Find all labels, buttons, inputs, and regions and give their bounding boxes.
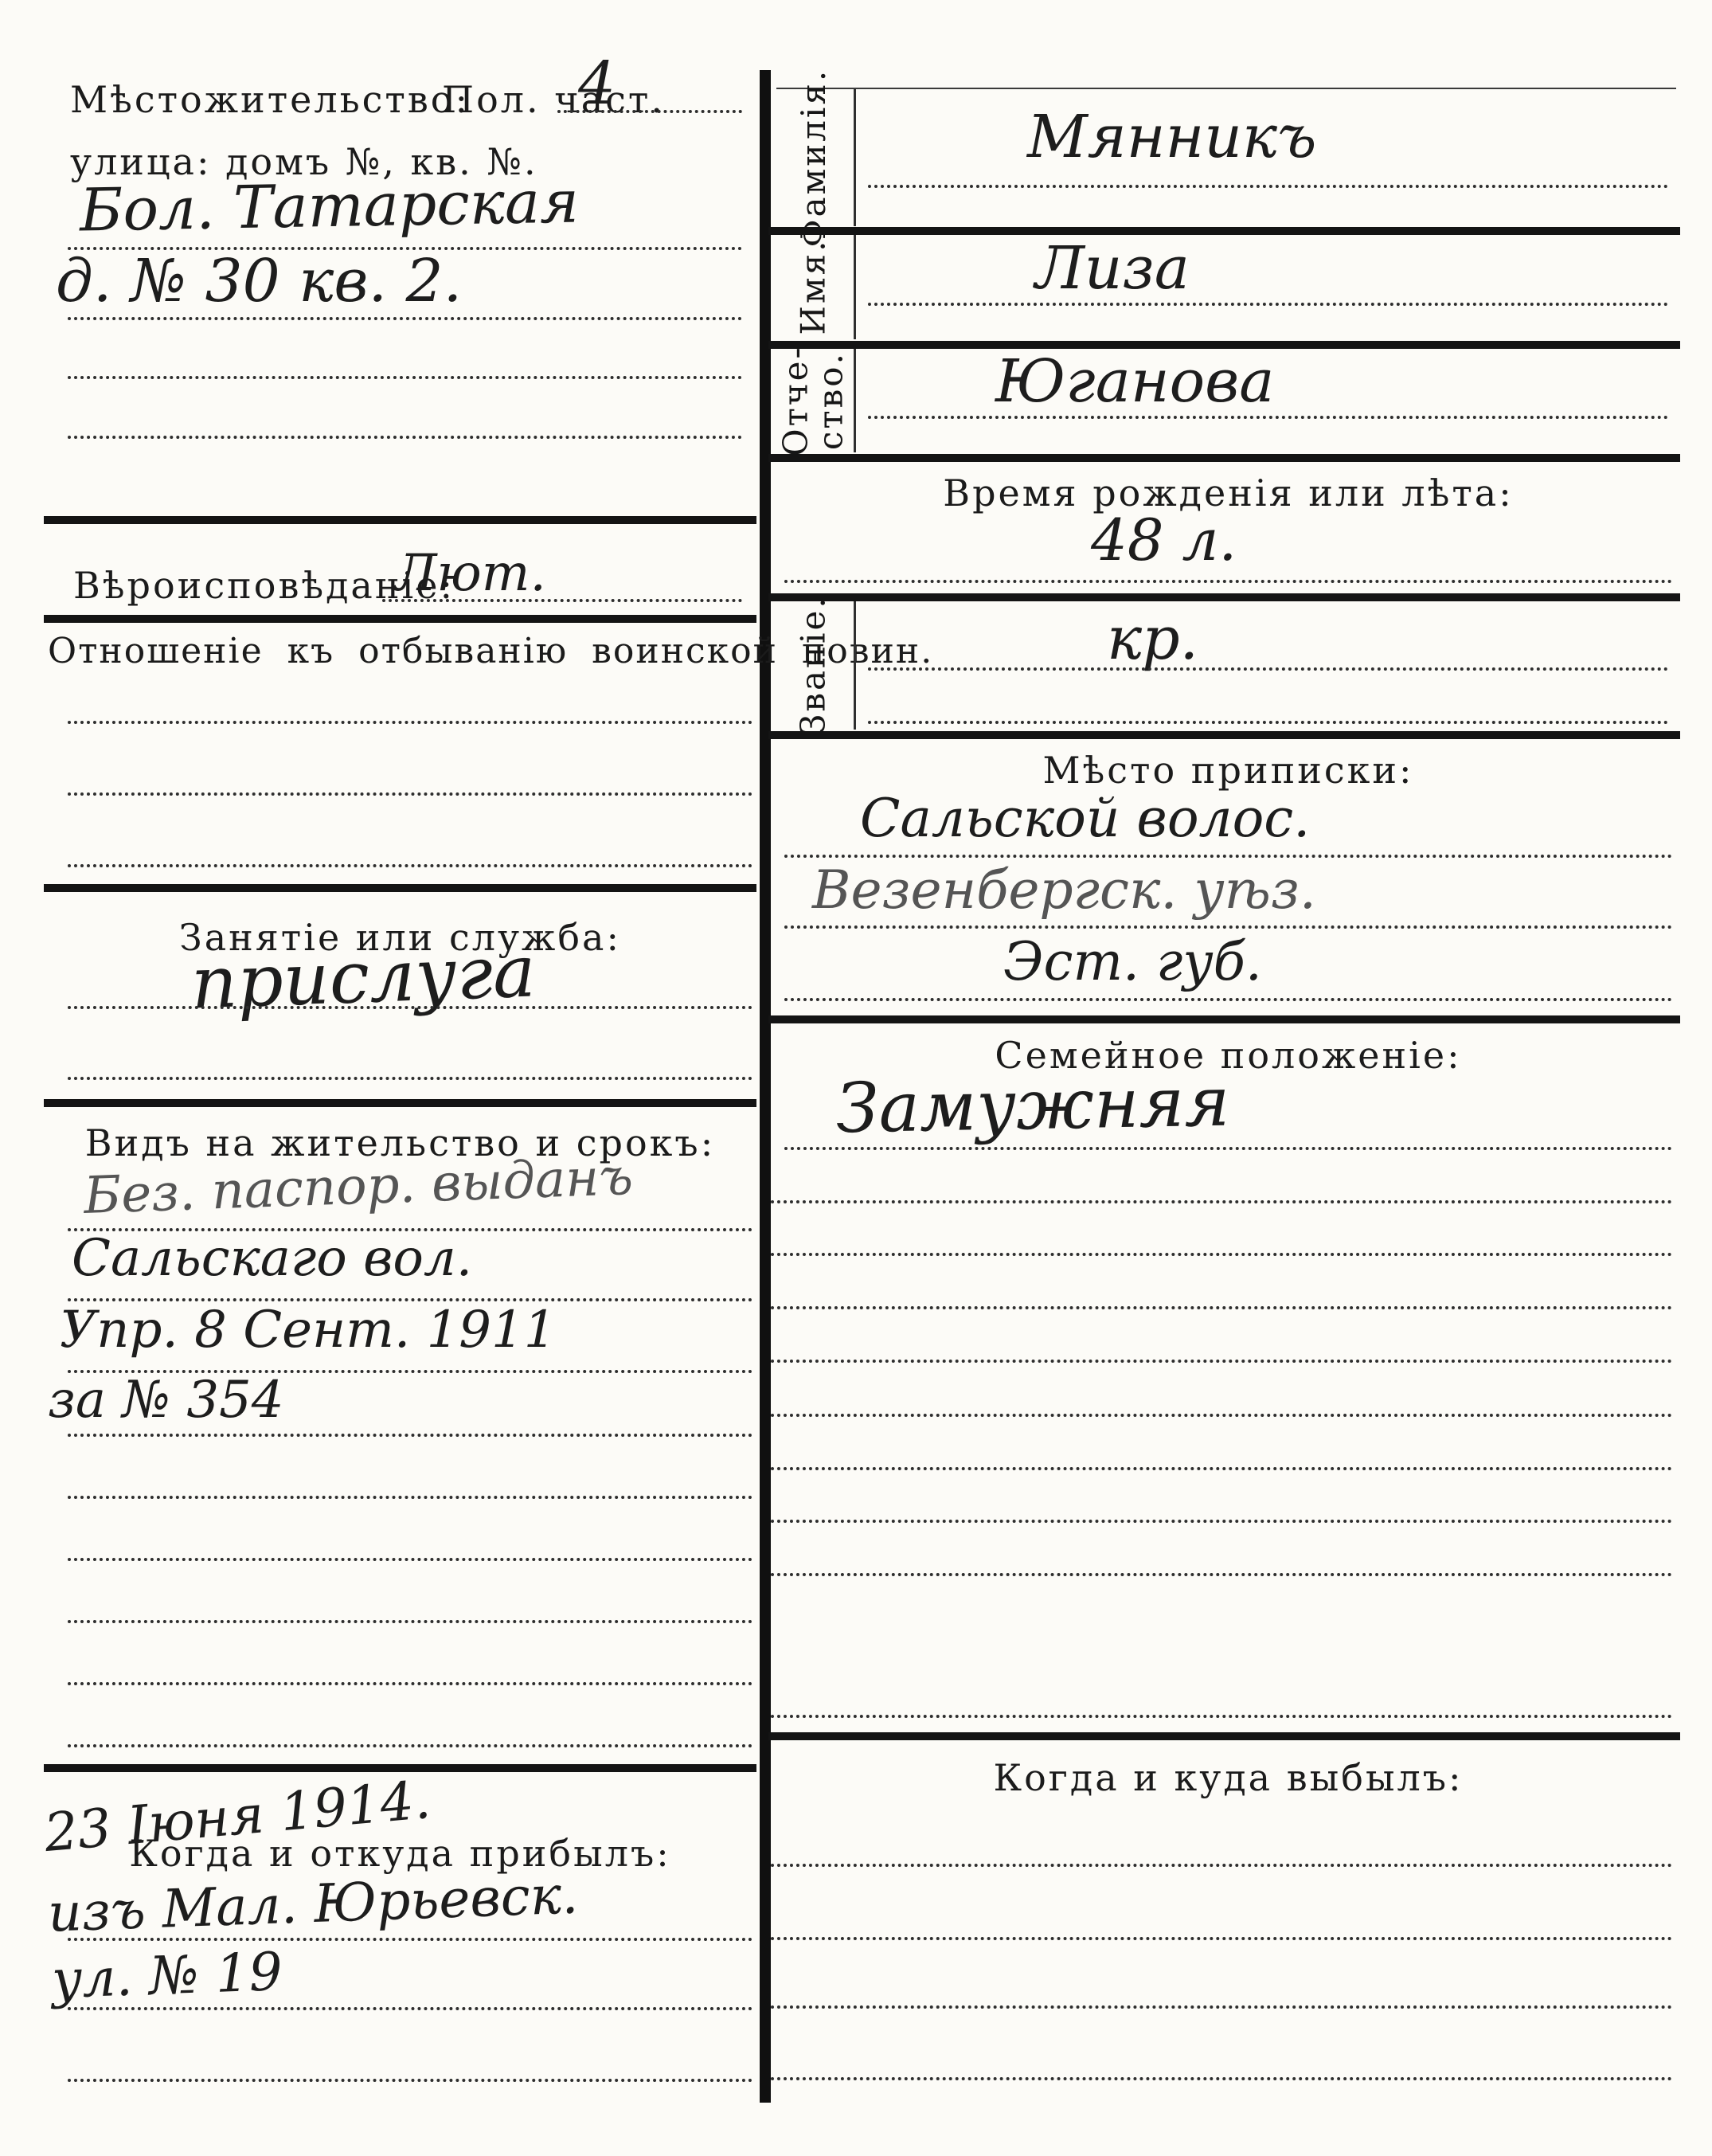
permit-value-line4: за № 354 <box>48 1375 283 1426</box>
section-divider <box>768 454 1680 462</box>
dotted-rule <box>771 1200 1672 1203</box>
patronymic-value: Юганова <box>995 352 1274 411</box>
registration-value-line1: Сальской волос. <box>860 792 1310 845</box>
dotted-rule <box>784 855 1672 858</box>
police-part-label: Пол. част. <box>442 78 665 121</box>
dotted-rule <box>771 1253 1672 1256</box>
dotted-rule <box>68 2079 752 2082</box>
registration-value-line3: Эст. губ. <box>1003 936 1262 988</box>
section-divider <box>768 227 1680 235</box>
rank-value: кр. <box>1107 609 1198 668</box>
birth-value: 48 л. <box>1091 511 1237 569</box>
police-part-value: 4 <box>578 54 616 113</box>
registration-label: Мѣсто приписки: <box>776 749 1680 792</box>
section-divider <box>768 1732 1680 1740</box>
permit-value-line2: Сальскаго вол. <box>72 1233 472 1284</box>
dotted-rule <box>68 721 752 724</box>
label-divider <box>854 349 856 452</box>
residence-label: Мѣстожительство: <box>70 78 470 121</box>
section-divider <box>44 516 756 524</box>
dotted-rule <box>868 303 1668 306</box>
dotted-rule <box>771 2077 1672 2080</box>
dotted-rule <box>784 1147 1672 1150</box>
row-border <box>776 88 1676 89</box>
section-divider <box>768 731 1680 739</box>
dotted-rule <box>771 2005 1672 2009</box>
section-divider <box>768 593 1680 601</box>
registration-card: Мѣстожительство: Пол. част. 4 улица: дом… <box>0 0 1712 2156</box>
dotted-rule <box>68 2007 752 2010</box>
dotted-rule <box>771 1520 1672 1523</box>
dotted-rule <box>68 317 742 320</box>
dotted-rule <box>382 599 742 602</box>
dotted-rule <box>68 1434 752 1437</box>
family-value: Замужняя <box>835 1068 1230 1144</box>
dotted-rule <box>784 998 1672 1001</box>
dotted-rule <box>868 185 1668 188</box>
dotted-rule <box>771 1573 1672 1576</box>
arrival-value-line2: изъ Мал. Юрьевск. <box>47 1868 579 1939</box>
label-divider <box>854 601 856 730</box>
dotted-rule <box>771 1467 1672 1470</box>
section-divider <box>44 615 756 623</box>
patronymic-label: Отче-ство. <box>774 349 854 452</box>
dotted-rule <box>68 1682 752 1685</box>
label-divider <box>854 235 856 339</box>
dotted-rule <box>868 416 1668 419</box>
street-value-line1: Бол. Татарская <box>79 173 579 241</box>
dotted-rule <box>771 1360 1672 1363</box>
dotted-rule <box>868 721 1668 724</box>
column-divider <box>760 70 771 2103</box>
dotted-rule <box>771 1306 1672 1309</box>
dotted-rule <box>771 1715 1672 1718</box>
dotted-rule <box>68 376 742 379</box>
dotted-rule <box>68 792 752 796</box>
registration-value-line2: Везенбергск. уѣз. <box>812 864 1316 917</box>
dotted-rule <box>868 667 1668 671</box>
departure-label: Когда и куда выбылъ: <box>776 1756 1680 1799</box>
dotted-rule <box>771 1414 1672 1417</box>
section-divider <box>768 1015 1680 1023</box>
name-value: Лиза <box>1035 239 1190 298</box>
dotted-rule <box>68 1077 752 1080</box>
dotted-rule <box>68 436 742 439</box>
name-label: Имя. <box>774 235 854 338</box>
dotted-rule <box>557 110 742 113</box>
arrival-value-line3: ул. № 19 <box>51 1946 283 2006</box>
dotted-rule <box>784 925 1672 929</box>
religion-value: Лют. <box>394 548 546 599</box>
section-divider <box>44 1099 756 1107</box>
surname-value: Мянникъ <box>1027 108 1316 166</box>
dotted-rule <box>68 1744 752 1747</box>
dotted-rule <box>68 1496 752 1499</box>
permit-value-line3: Упр. 8 Сент. 1911 <box>60 1305 556 1356</box>
dotted-rule <box>784 580 1672 583</box>
section-divider <box>44 884 756 892</box>
dotted-rule <box>68 1938 752 1941</box>
surname-label: Фамилія. <box>774 89 854 226</box>
street-value-line2: д. № 30 кв. 2. <box>56 252 462 311</box>
dotted-rule <box>68 1006 752 1009</box>
dotted-rule <box>771 1937 1672 1940</box>
dotted-rule <box>68 1558 752 1561</box>
label-divider <box>854 89 856 226</box>
dotted-rule <box>68 1620 752 1623</box>
dotted-rule <box>68 864 752 867</box>
dotted-rule <box>771 1864 1672 1867</box>
rank-label: Званіе. <box>774 601 854 729</box>
